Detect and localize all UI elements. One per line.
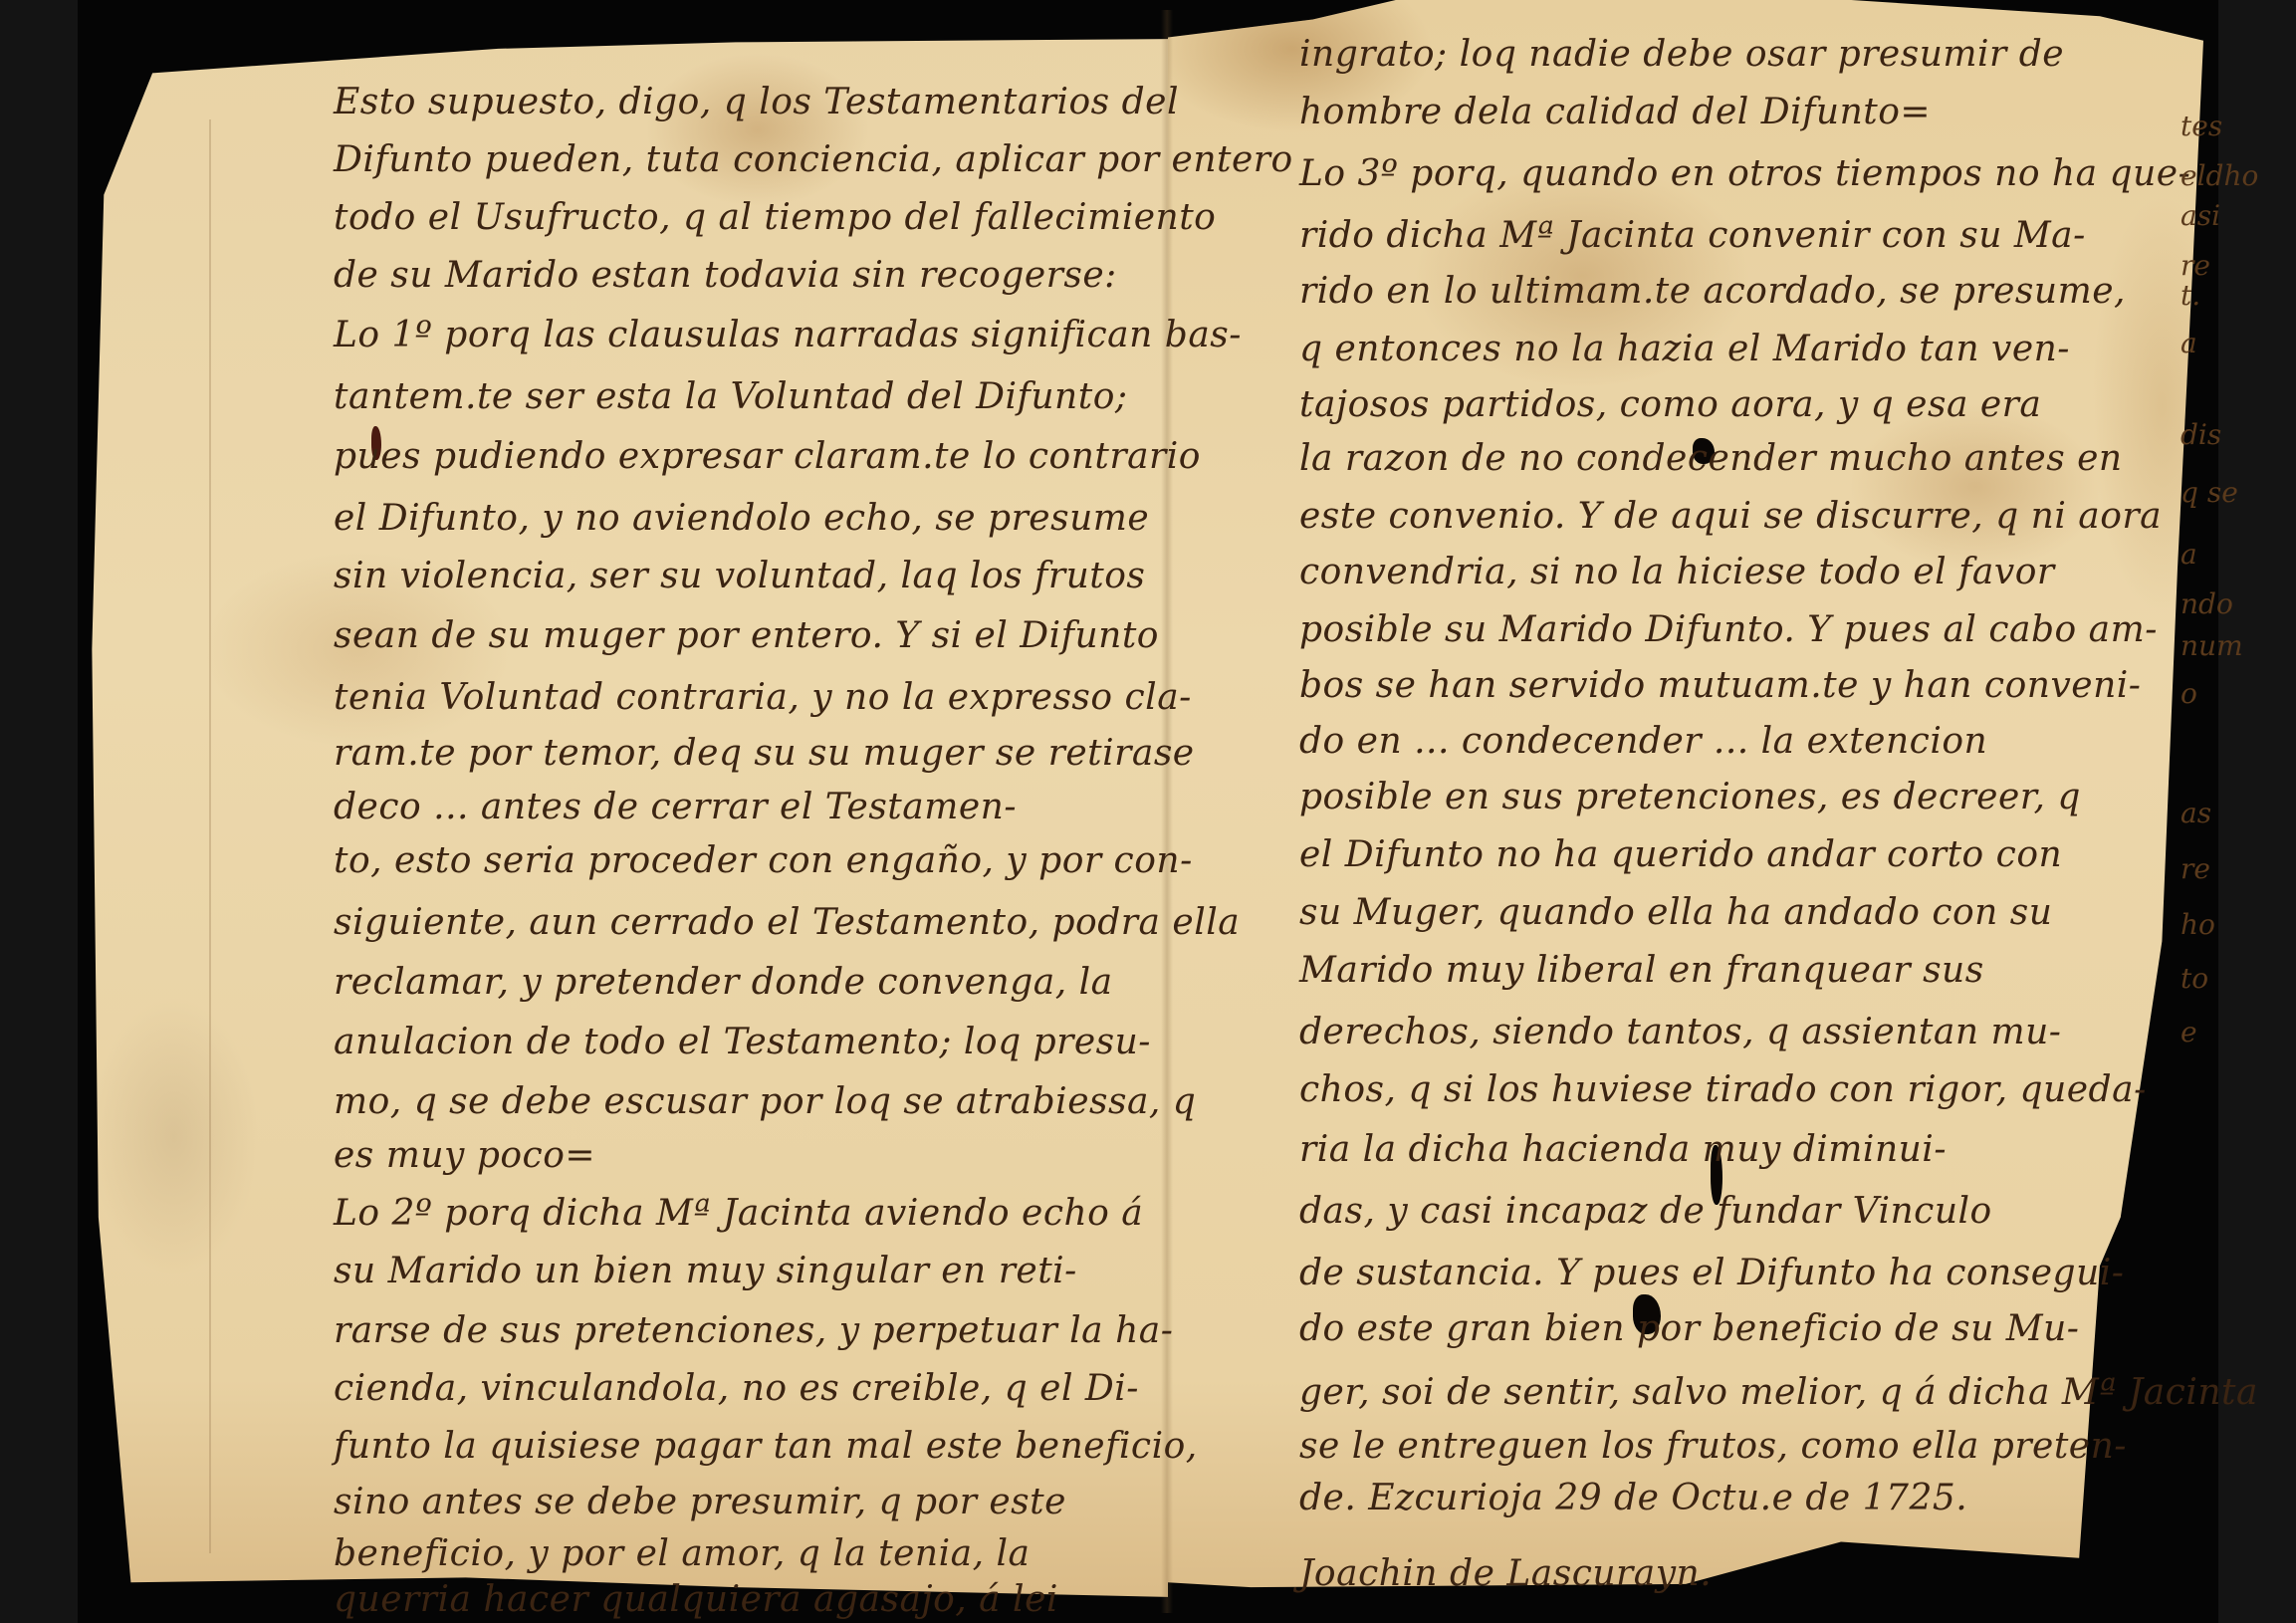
manuscript-line: to, esto seria proceder con engaño, y po…	[334, 840, 1193, 881]
margin-fragment: asi	[2181, 199, 2220, 232]
manuscript-line: reclamar, y pretender donde convenga, la	[334, 962, 1113, 1003]
margin-fragment: e	[2181, 1016, 2197, 1048]
manuscript-line: rido en lo ultimam.te acordado, se presu…	[1299, 271, 2126, 312]
manuscript-line: funto la quisiese pagar tan mal este ben…	[334, 1426, 1198, 1467]
margin-fragment: to	[2181, 962, 2208, 995]
manuscript-line: hombre dela calidad del Difunto=	[1299, 92, 1931, 132]
manuscript-line: chos, q si los huviese tirado con rigor,…	[1299, 1069, 2147, 1110]
manuscript-line: querria hacer qualquiera agasajo, á lei	[334, 1579, 1058, 1620]
margin-fragment: ndo	[2181, 587, 2233, 620]
manuscript-line: Lo 3º porq, quando en otros tiempos no h…	[1299, 153, 2190, 194]
margin-fragment: a	[2181, 327, 2197, 359]
margin-fragment: a	[2181, 538, 2197, 571]
signature: Joachin de Lascurayn.	[1299, 1553, 1712, 1594]
manuscript-line: deco ... antes de cerrar el Testamen-	[334, 787, 1017, 827]
margin-fragment: re	[2181, 249, 2210, 282]
manuscript-line: siguiente, aun cerrado el Testamento, po…	[334, 902, 1240, 943]
manuscript-line: tantem.te ser esta la Voluntad del Difun…	[334, 376, 1128, 417]
manuscript-line: rido dicha Mª Jacinta convenir con su Ma…	[1299, 215, 2086, 256]
manuscript-line: este convenio. Y de aqui se discurre, q …	[1299, 496, 2162, 537]
manuscript-line: tenia Voluntad contraria, y no la expres…	[334, 677, 1192, 718]
margin-fragment: tes	[2181, 110, 2222, 142]
manuscript-line: su Marido un bien muy singular en reti-	[334, 1251, 1077, 1291]
manuscript-line: todo el Usufructo, q al tiempo del falle…	[334, 197, 1216, 238]
manuscript-line: ingrato; loq nadie debe osar presumir de	[1299, 34, 2064, 75]
manuscript-line: el Difunto no ha querido andar corto con	[1299, 834, 2062, 875]
margin-fragment: re	[2181, 852, 2210, 885]
manuscript-line: es muy poco=	[334, 1135, 595, 1176]
margin-fragment: q se	[2181, 476, 2238, 509]
manuscript-line: tajosos partidos, como aora, y q esa era	[1299, 384, 2041, 425]
manuscript-line: das, y casi incapaz de fundar Vinculo	[1299, 1191, 1992, 1232]
manuscript-line: de sustancia. Y pues el Difunto ha conse…	[1299, 1253, 2124, 1293]
manuscript-line: el Difunto, y no aviendolo echo, se pres…	[334, 498, 1149, 539]
manuscript-line: Difunto pueden, tuta conciencia, aplicar…	[334, 139, 1293, 180]
page-gutter	[1161, 10, 1173, 1613]
manuscript-line: ram.te por temor, deq su su muger se ret…	[334, 733, 1195, 774]
manuscript-line: se le entreguen los frutos, como ella pr…	[1299, 1426, 2127, 1467]
manuscript-line: pues pudiendo expresar claram.te lo cont…	[334, 436, 1201, 477]
manuscript-line: ria la dicha hacienda muy diminui-	[1299, 1129, 1947, 1170]
manuscript-line: q entonces no la hazia el Marido tan ven…	[1299, 329, 2070, 369]
manuscript-line: sean de su muger por entero. Y si el Dif…	[334, 615, 1159, 656]
manuscript-line: posible en sus pretenciones, es decreer,…	[1299, 777, 2081, 817]
margin-fragment: o	[2181, 677, 2197, 710]
margin-fragment: ho	[2181, 908, 2215, 941]
manuscript-line: derechos, siendo tantos, q assientan mu-	[1299, 1012, 2061, 1052]
manuscript-line: anulacion de todo el Testamento; loq pre…	[334, 1022, 1151, 1062]
manuscript-line: Esto supuesto, digo, q los Testamentario…	[334, 82, 1179, 122]
left-page-folded-edge	[149, 119, 211, 1553]
manuscript-line: sin violencia, ser su voluntad, laq los …	[334, 556, 1145, 596]
manuscript-line: beneficio, y por el amor, q la tenia, la	[334, 1533, 1030, 1574]
manuscript-line: bos se han servido mutuam.te y han conve…	[1299, 665, 2141, 706]
manuscript-line: de su Marido estan todavia sin recogerse…	[334, 255, 1117, 296]
margin-fragment: t.	[2181, 279, 2200, 312]
manuscript-line: cienda, vinculandola, no es creible, q e…	[334, 1368, 1139, 1409]
margin-fragment: eldho	[2181, 159, 2258, 192]
manuscript-line: su Muger, quando ella ha andado con su	[1299, 892, 2052, 933]
manuscript-line: convendria, si no la hiciese todo el fav…	[1299, 552, 2055, 592]
manuscript-line: Marido muy liberal en franquear sus	[1299, 950, 1984, 991]
manuscript-line: posible su Marido Difunto. Y pues al cab…	[1299, 609, 2158, 650]
date-line: de. Ezcurioja 29 de Octu.e de 1725.	[1299, 1478, 1967, 1518]
manuscript-line: rarse de sus pretenciones, y perpetuar l…	[334, 1310, 1173, 1351]
manuscript-line: do en ... condecender ... la extencion	[1299, 721, 1987, 762]
manuscript-line: mo, q se debe escusar por loq se atrabie…	[334, 1081, 1196, 1122]
margin-fragment: num	[2181, 629, 2243, 662]
margin-fragment: dis	[2181, 418, 2221, 451]
manuscript-line: Lo 2º porq dicha Mª Jacinta aviendo echo…	[334, 1193, 1143, 1234]
manuscript-line: do este gran bien por beneficio de su Mu…	[1299, 1308, 2079, 1349]
manuscript-line: Lo 1º porq las clausulas narradas signif…	[334, 315, 1242, 355]
manuscript-line: ger, soi de sentir, salvo melior, q á di…	[1299, 1372, 2258, 1413]
manuscript-line: sino antes se debe presumir, q por este	[334, 1482, 1066, 1522]
manuscript-line: la razon de no condecender mucho antes e…	[1299, 438, 2123, 479]
margin-fragment: as	[2181, 797, 2211, 829]
